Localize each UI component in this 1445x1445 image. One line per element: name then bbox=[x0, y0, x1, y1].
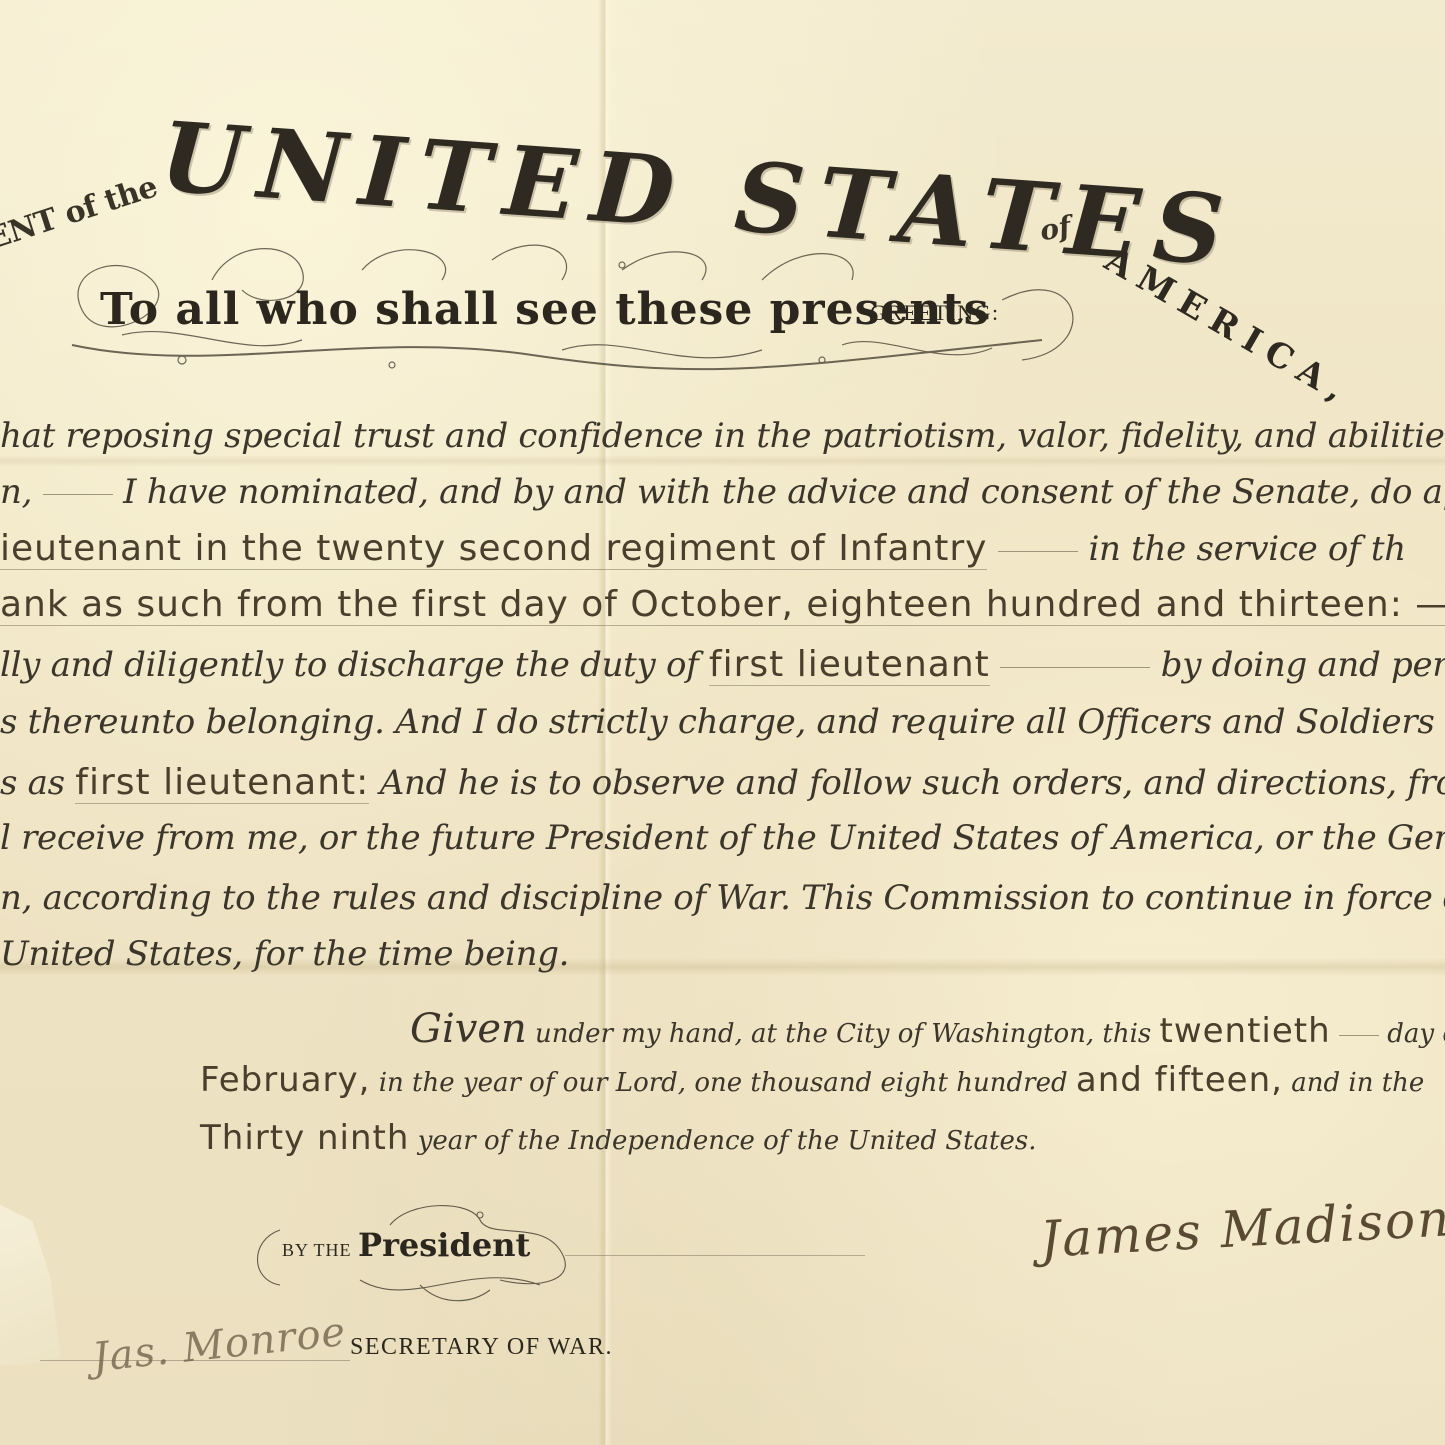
president-label: President bbox=[358, 1226, 530, 1264]
signature-rule bbox=[565, 1255, 865, 1256]
rank-fill: ieutenant in the twenty second regiment … bbox=[0, 528, 987, 570]
dating-line-2: February, in the year of our Lord, one t… bbox=[200, 1060, 1424, 1100]
given-word: Given bbox=[410, 1006, 527, 1052]
greeting-caps: GREETING: bbox=[870, 300, 1000, 326]
year-fill: and fifteen, bbox=[1076, 1060, 1283, 1100]
body-line-text: lly and diligently to discharge the duty… bbox=[0, 645, 698, 685]
body-line-1: hat reposing special trust and confidenc… bbox=[0, 416, 1445, 456]
blank-rule bbox=[998, 550, 1078, 552]
body-line-text: s thereunto belonging. And I do strictly… bbox=[0, 702, 1445, 742]
secretary-signature-rule bbox=[40, 1360, 350, 1361]
body-line-text: n, according to the rules and discipline… bbox=[0, 878, 1445, 918]
body-line-text: I have nominated, and by and with the ad… bbox=[123, 472, 1445, 512]
blank-rule bbox=[1000, 666, 1150, 668]
body-line-3: ieutenant in the twenty second regiment … bbox=[0, 528, 1406, 569]
independence-year-fill: Thirty ninth bbox=[200, 1118, 409, 1158]
body-line-text: by doing and performi bbox=[1161, 645, 1445, 685]
body-line-8: l receive from me, or the future Preside… bbox=[0, 818, 1445, 858]
upper-fold-crease bbox=[0, 455, 1445, 467]
dating-text: under my hand, at the City of Washington… bbox=[535, 1019, 1151, 1049]
dating-text: and in the bbox=[1291, 1068, 1424, 1098]
secretary-of-war-title: SECRETARY OF WAR. bbox=[350, 1334, 613, 1361]
rank-date-fill: ank as such from the first day of Octobe… bbox=[0, 584, 1445, 626]
body-line-text: United States, for the time being. bbox=[0, 934, 569, 974]
body-line-text: hat reposing special trust and confidenc… bbox=[0, 416, 1445, 456]
day-fill: twentieth bbox=[1160, 1011, 1331, 1051]
body-line-text: And he is to observe and follow such ord… bbox=[380, 763, 1445, 803]
dating-line-3: Thirty ninth year of the Independence of… bbox=[200, 1118, 1036, 1158]
body-line-text: n, bbox=[0, 472, 32, 512]
greeting-script: To all who shall see these presents bbox=[100, 284, 989, 335]
month-fill: February, bbox=[200, 1060, 370, 1100]
body-line-text: s as bbox=[0, 763, 65, 803]
dating-text: in the year of our Lord, one thousand ei… bbox=[379, 1068, 1068, 1098]
body-line-7: s as first lieutenant: And he is to obse… bbox=[0, 762, 1445, 803]
body-line-text: l receive from me, or the future Preside… bbox=[0, 818, 1445, 858]
body-line-5: lly and diligently to discharge the duty… bbox=[0, 644, 1445, 685]
greeting-banner: To all who shall see these presents GREE… bbox=[62, 240, 1092, 380]
body-line-text: in the service of th bbox=[1088, 529, 1405, 569]
dating-line-1: Given under my hand, at the City of Wash… bbox=[410, 1006, 1445, 1052]
duty-fill: first lieutenant bbox=[709, 644, 990, 686]
body-line-4: ank as such from the first day of Octobe… bbox=[0, 584, 1445, 625]
blank-rule bbox=[43, 493, 113, 495]
body-line-2: n, I have nominated, and by and with the… bbox=[0, 472, 1445, 512]
dating-text: year of the Independence of the United S… bbox=[418, 1126, 1037, 1156]
by-the-president-cartouche: BY THE President bbox=[240, 1200, 570, 1310]
blank-rule bbox=[1339, 1034, 1379, 1036]
body-line-6: s thereunto belonging. And I do strictly… bbox=[0, 702, 1445, 742]
body-line-10: United States, for the time being. bbox=[0, 934, 569, 974]
body-line-9: n, according to the rules and discipline… bbox=[0, 878, 1445, 918]
dating-text: day of bbox=[1387, 1019, 1445, 1049]
rank-fill-2: first lieutenant: bbox=[75, 762, 369, 804]
by-the-label: BY THE bbox=[282, 1240, 352, 1261]
